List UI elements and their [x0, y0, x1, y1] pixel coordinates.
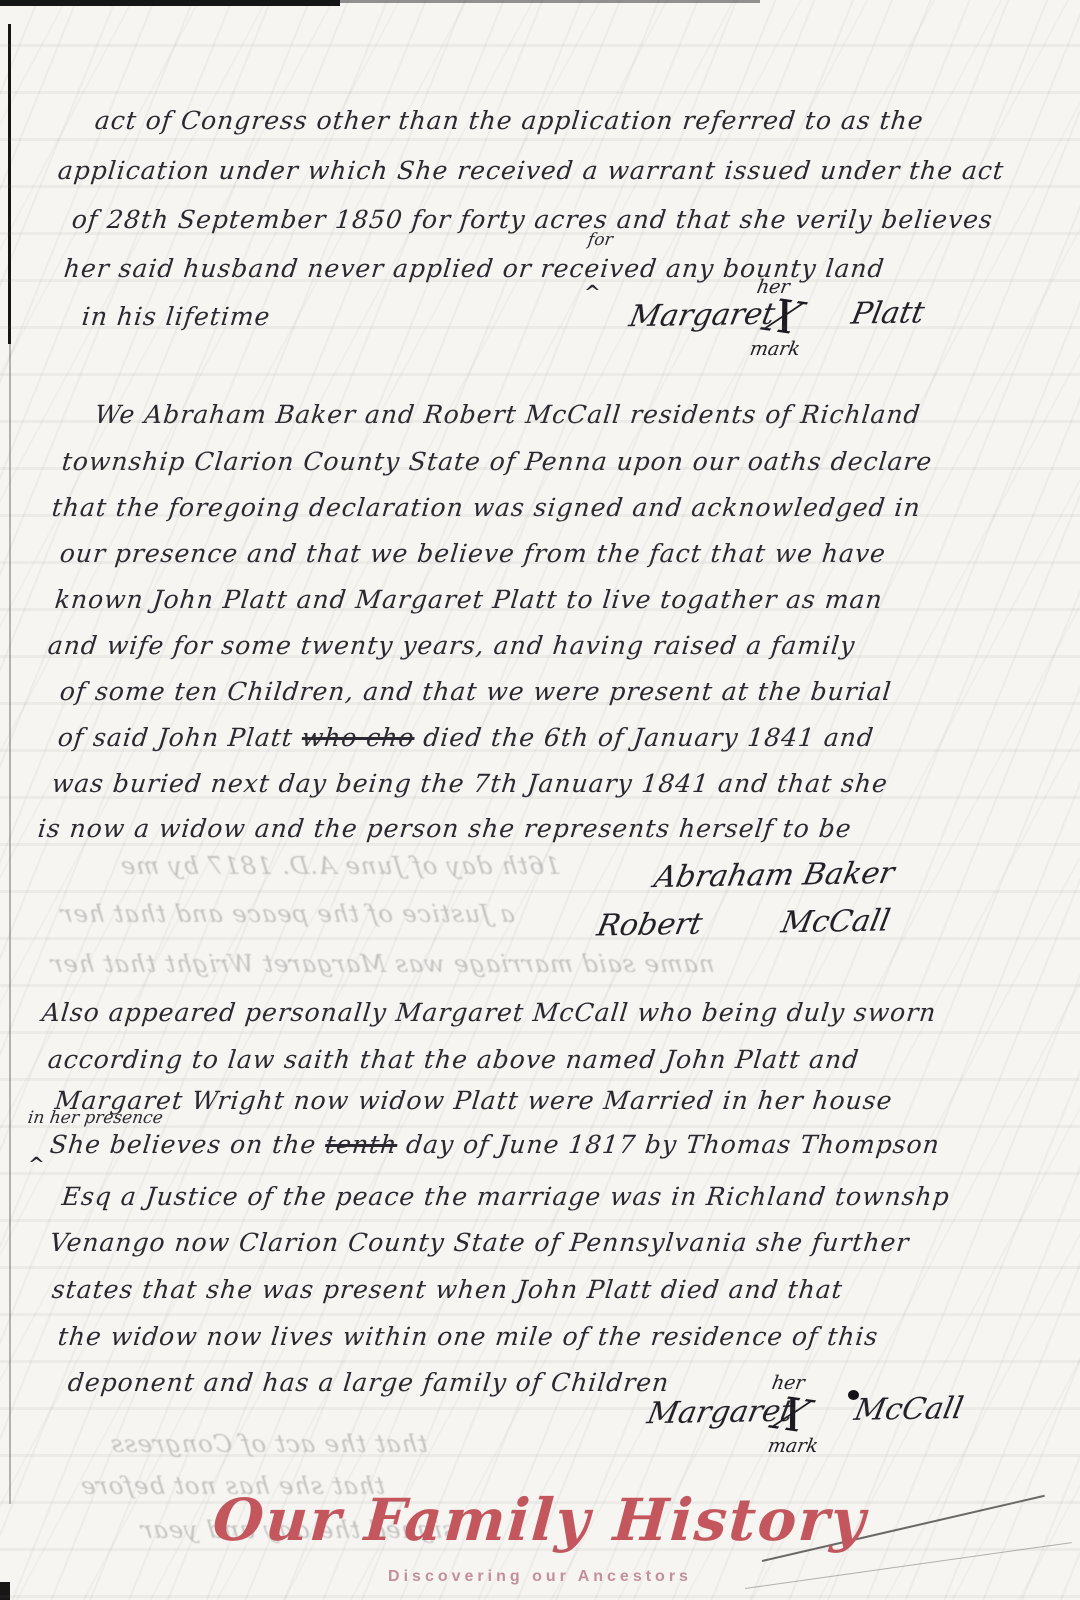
bleed-through-line: name said marriage was Margaret Wright t…: [49, 950, 716, 978]
ink-blot: [848, 1390, 859, 1400]
handwritten-line: Margaret Wright now widow Platt were Mar…: [53, 1086, 894, 1115]
handwritten-line: our presence and that we believe from th…: [58, 539, 887, 568]
handwritten-line: in his lifetime: [80, 302, 272, 331]
caret-mark: ^: [584, 280, 601, 304]
scan-edge-top: [0, 0, 340, 6]
handwritten-line: She believes on the tenth day of June 18…: [48, 1130, 941, 1159]
signature-robert-mccall: Robert McCall: [594, 903, 893, 943]
signature-margaret-platt-last: Platt: [848, 295, 927, 331]
scan-edge-left: [8, 24, 11, 344]
scan-edge-top-faint: [340, 0, 760, 3]
line-text: died the 6th of January 1841 and: [422, 723, 876, 752]
handwritten-line: township Clarion County State of Penna u…: [60, 447, 933, 476]
line-text: her said husband never applied: [62, 254, 495, 283]
handwritten-line: and wife for some twenty years, and havi…: [46, 631, 856, 660]
handwritten-line: Venango now Clarion County State of Penn…: [48, 1228, 910, 1257]
handwritten-line: act of Congress other than the applicati…: [93, 106, 925, 135]
caret-mark: ^: [28, 1152, 45, 1176]
bleed-through-line: a Justice of the peace and that her: [59, 900, 516, 928]
handwritten-line: of 28th September 1850 for forty acres a…: [70, 205, 994, 234]
insertion-text: for: [587, 230, 614, 250]
signature-margaret-platt-first: Margaret: [626, 297, 778, 335]
handwritten-line: deponent and has a large family of Child…: [66, 1368, 670, 1397]
line-text: of said John Platt: [56, 723, 294, 752]
line-text: She believes on the: [48, 1130, 317, 1159]
handwritten-line: is now a widow and the person she repres…: [36, 814, 853, 843]
handwritten-line: Esq a Justice of the peace the marriage …: [60, 1182, 951, 1211]
signature-margaret-mccall-last: McCall: [851, 1391, 966, 1428]
handwritten-line: known John Platt and Margaret Platt to l…: [53, 585, 884, 614]
watermark-title: Our Family History: [0, 1486, 1080, 1554]
handwritten-line: the widow now lives within one mile of t…: [56, 1322, 879, 1351]
handwritten-line: We Abraham Baker and Robert McCall resid…: [93, 400, 922, 429]
handwritten-line: states that she was present when John Pl…: [50, 1275, 844, 1304]
strikethrough-text: who cho: [300, 723, 416, 752]
strikethrough-text: tenth: [324, 1130, 399, 1159]
watermark-subtitle: Discovering our Ancestors: [0, 1568, 1080, 1586]
handwritten-line: of some ten Children, and that we were p…: [58, 677, 893, 706]
bleed-through-line: 16th day of June A.D. 1817 by me: [119, 852, 562, 880]
signature-abraham-baker: Abraham Baker: [651, 856, 897, 895]
handwritten-line: Also appeared personally Margaret McCall…: [40, 998, 937, 1027]
line-text: day of June 1817 by Thomas Thompson: [405, 1130, 942, 1159]
bleed-through-line: that the act of Congress: [109, 1430, 429, 1458]
signature-mark-label: mark: [766, 1435, 820, 1457]
scan-edge-left-faint: [9, 344, 11, 1504]
scanned-document-page: 16th day of June A.D. 1817 by me a Justi…: [0, 0, 1080, 1600]
handwritten-line: that the foregoing declaration was signe…: [50, 493, 922, 522]
insertion-text: in her presence: [27, 1108, 165, 1128]
signature-mark-label: mark: [748, 338, 802, 360]
handwritten-line: according to law saith that the above na…: [46, 1045, 860, 1074]
line-text: or received any bounty land: [501, 254, 886, 283]
handwritten-line: was buried next day being the 7th Januar…: [50, 769, 889, 798]
handwritten-line: of said John Platt who cho died the 6th …: [56, 723, 875, 752]
handwritten-line: application under which She received a w…: [56, 156, 1005, 185]
